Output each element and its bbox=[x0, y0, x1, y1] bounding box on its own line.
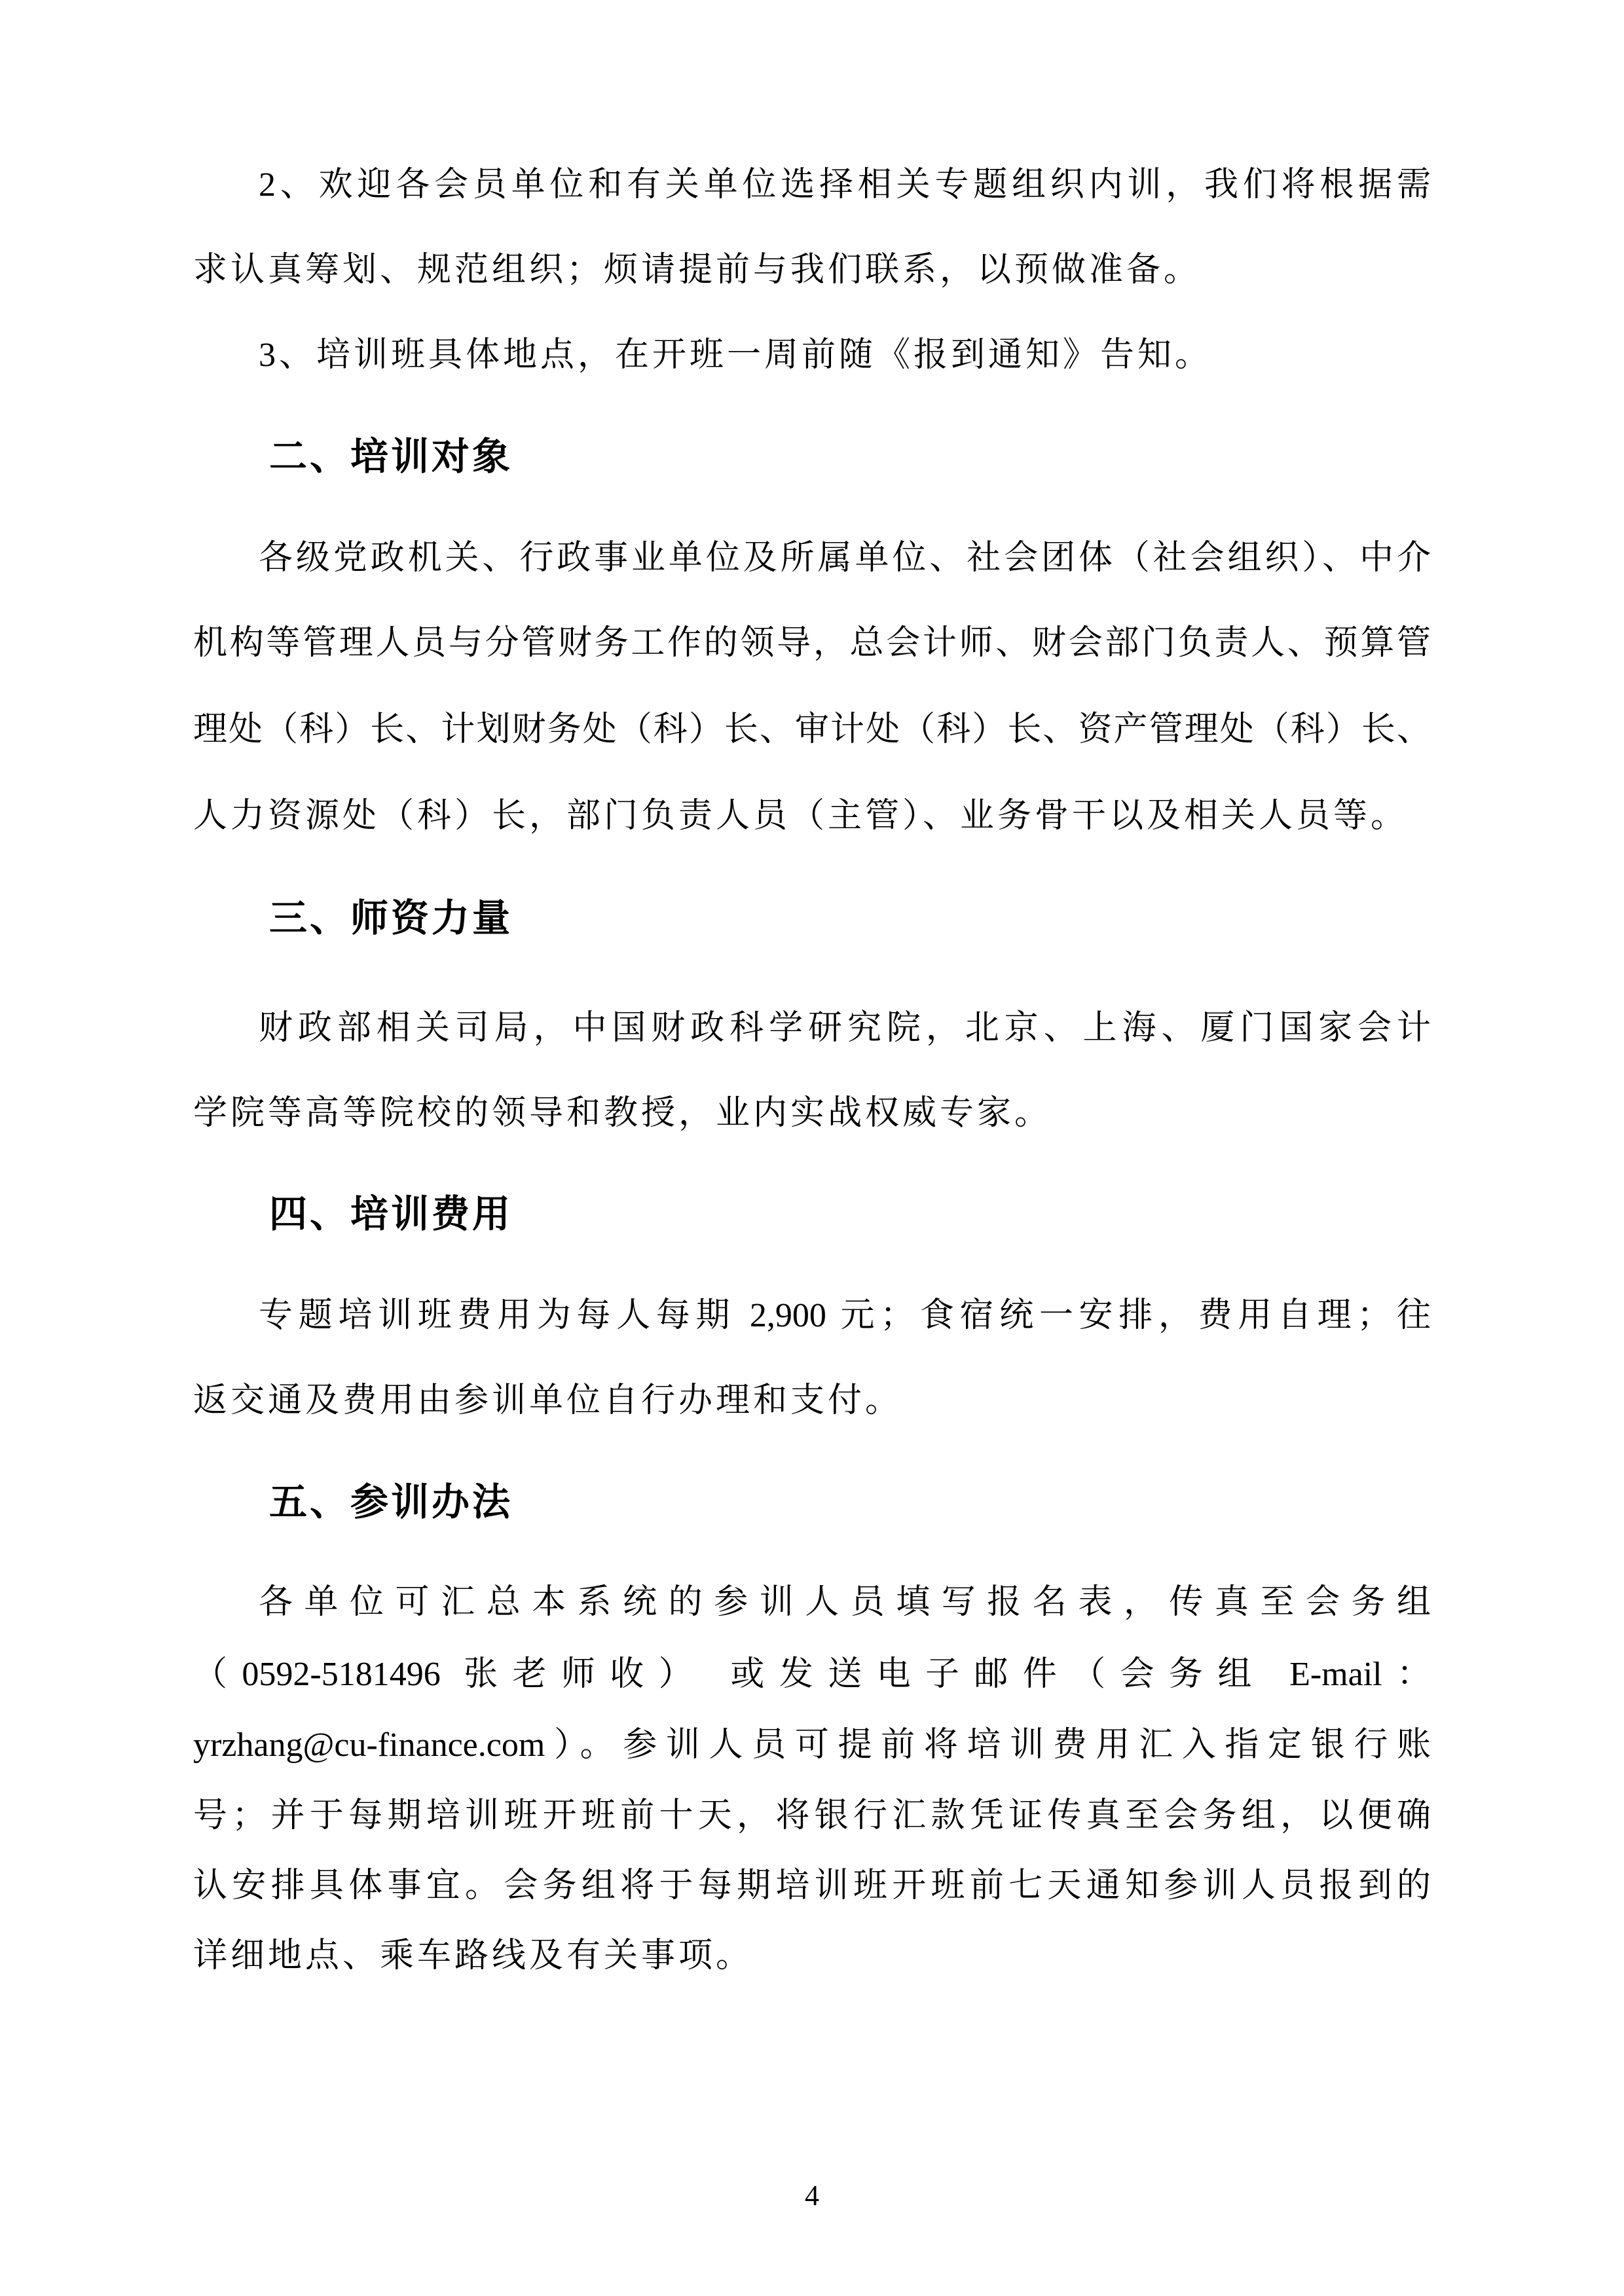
text-line: 2、欢迎各会员单位和有关单位选择相关专题组织内训，我们将根据需 bbox=[193, 166, 1431, 205]
text-line: 认安排具体事宜。会务组将于每期培训班开班前七天通知参训人员报到的 bbox=[193, 1867, 1431, 1906]
text-line: 3、培训班具体地点，在开班一周前随《报到通知》告知。 bbox=[193, 336, 1431, 375]
page-number: 4 bbox=[0, 2180, 1624, 2212]
text-line: 各单位可汇总本系统的参训人员填写报名表，传真至会务组 bbox=[193, 1583, 1431, 1622]
section-heading: 五、参训办法 bbox=[193, 1481, 1431, 1525]
section-heading: 三、师资力量 bbox=[193, 897, 1431, 941]
text-line: 财政部相关司局，中国财政科学研究院，北京、上海、厦门国家会计 bbox=[193, 1009, 1431, 1048]
text-line: 详细地点、乘车路线及有关事项。 bbox=[193, 1937, 1431, 1976]
section-heading: 二、培训对象 bbox=[193, 435, 1431, 479]
text-line: 学院等高等院校的领导和教授，业内实战权威专家。 bbox=[193, 1094, 1431, 1133]
text-line: 求认真筹划、规范组织；烦请提前与我们联系，以预做准备。 bbox=[193, 251, 1431, 290]
section-heading: 四、培训费用 bbox=[193, 1193, 1431, 1237]
text-line: 专题培训班费用为每人每期 2,900 元；食宿统一安排，费用自理；往 bbox=[193, 1296, 1431, 1336]
text-line: （0592-5181496 张老师收） 或发送电子邮件（会务组 E-mail： bbox=[193, 1655, 1431, 1694]
text-line: 人力资源处（科）长，部门负责人员（主管）、业务骨干以及相关人员等。 bbox=[193, 797, 1431, 836]
text-line: 理处（科）长、计划财务处（科）长、审计处（科）长、资产管理处（科）长、 bbox=[193, 710, 1431, 750]
text-line: 返交通及费用由参训单位自行办理和支付。 bbox=[193, 1381, 1431, 1421]
text-line: 号；并于每期培训班开班前十天，将银行汇款凭证传真至会务组，以便确 bbox=[193, 1796, 1431, 1836]
text-line: yrzhang@cu-finance.com）。参训人员可提前将培训费用汇入指定… bbox=[193, 1726, 1431, 1765]
text-line: 机构等管理人员与分管财务工作的领导，总会计师、财会部门负责人、预算管 bbox=[193, 624, 1431, 663]
text-line: 各级党政机关、行政事业单位及所属单位、社会团体（社会组织）、中介 bbox=[193, 539, 1431, 578]
document-page: 2、欢迎各会员单位和有关单位选择相关专题组织内训，我们将根据需求认真筹划、规范组… bbox=[0, 0, 1624, 2296]
